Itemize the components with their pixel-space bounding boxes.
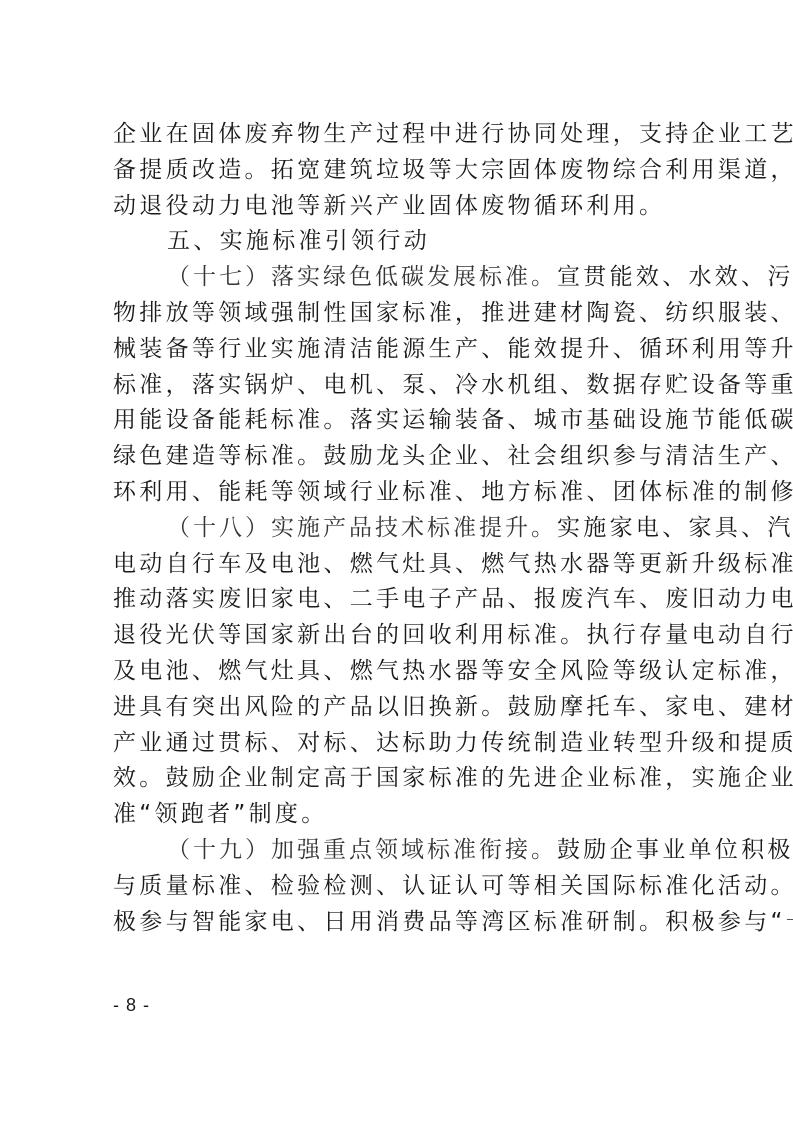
item-heading: （十八）实施产品技术标准提升。 [167, 515, 557, 541]
text-line: 进具有突出风险的产品以旧换新。鼓励摩托车、家电、建材等 [113, 690, 685, 726]
text-line: 效。鼓励企业制定高于国家标准的先进企业标准，实施企业标 [113, 761, 685, 797]
page-number: - 8 - [113, 995, 150, 1016]
item-first-line: （十八）实施产品技术标准提升。实施家电、家具、汽车、 [113, 511, 685, 547]
item-first-line: （十九）加强重点领域标准衔接。鼓励企事业单位积极参 [113, 833, 685, 869]
text-line: 标准，落实锅炉、电机、泵、冷水机组、数据存贮设备等重点 [113, 368, 685, 404]
text-line: 极参与智能家电、日用消费品等湾区标准研制。积极参与“一 [113, 905, 685, 941]
text-line: 与质量标准、检验检测、认证认可等相关国际标准化活动。积 [113, 869, 685, 905]
text-line: 械装备等行业实施清洁能源生产、能效提升、循环利用等升级 [113, 332, 685, 368]
text-line: 推动落实废旧家电、二手电子产品、报废汽车、废旧动力电池、 [113, 582, 685, 618]
text-line: 企业在固体废弃物生产过程中进行协同处理，支持企业工艺设 [113, 117, 685, 153]
text-segment: 宣贯能效、水效、污染 [557, 264, 793, 290]
text-line: 绿色建造等标准。鼓励龙头企业、社会组织参与清洁生产、循 [113, 439, 685, 475]
text-segment: 鼓励企事业单位积极参 [557, 837, 793, 863]
item-first-line: （十七）落实绿色低碳发展标准。宣贯能效、水效、污染 [113, 260, 685, 296]
text-line: 备提质改造。拓宽建筑垃圾等大宗固体废物综合利用渠道，推 [113, 153, 685, 189]
text-segment: 实施家电、家具、汽车、 [557, 515, 793, 541]
item-heading: （十九）加强重点领域标准衔接。 [167, 837, 557, 863]
text-line: 及电池、燃气灶具、燃气热水器等安全风险等级认定标准，推 [113, 654, 685, 690]
section-heading: 五、实施标准引领行动 [113, 224, 685, 260]
document-body: 企业在固体废弃物生产过程中进行协同处理，支持企业工艺设 备提质改造。拓宽建筑垃圾… [113, 117, 685, 940]
text-line: 退役光伏等国家新出台的回收利用标准。执行存量电动自行车 [113, 618, 685, 654]
item-heading: （十七）落实绿色低碳发展标准。 [167, 264, 557, 290]
text-line: 动退役动力电池等新兴产业固体废物循环利用。 [113, 189, 685, 225]
text-line: 用能设备能耗标准。落实运输装备、城市基础设施节能低碳、 [113, 403, 685, 439]
document-page: 企业在固体废弃物生产过程中进行协同处理，支持企业工艺设 备提质改造。拓宽建筑垃圾… [0, 0, 793, 1122]
text-line: 产业通过贯标、对标、达标助力传统制造业转型升级和提质增 [113, 726, 685, 762]
text-line: 环利用、能耗等领域行业标准、地方标准、团体标准的制修订。 [113, 475, 685, 511]
text-line: 电动自行车及电池、燃气灶具、燃气热水器等更新升级标准。 [113, 547, 685, 583]
text-line: 物排放等领域强制性国家标准，推进建材陶瓷、纺织服装、机 [113, 296, 685, 332]
text-line: 准“领跑者”制度。 [113, 797, 685, 833]
